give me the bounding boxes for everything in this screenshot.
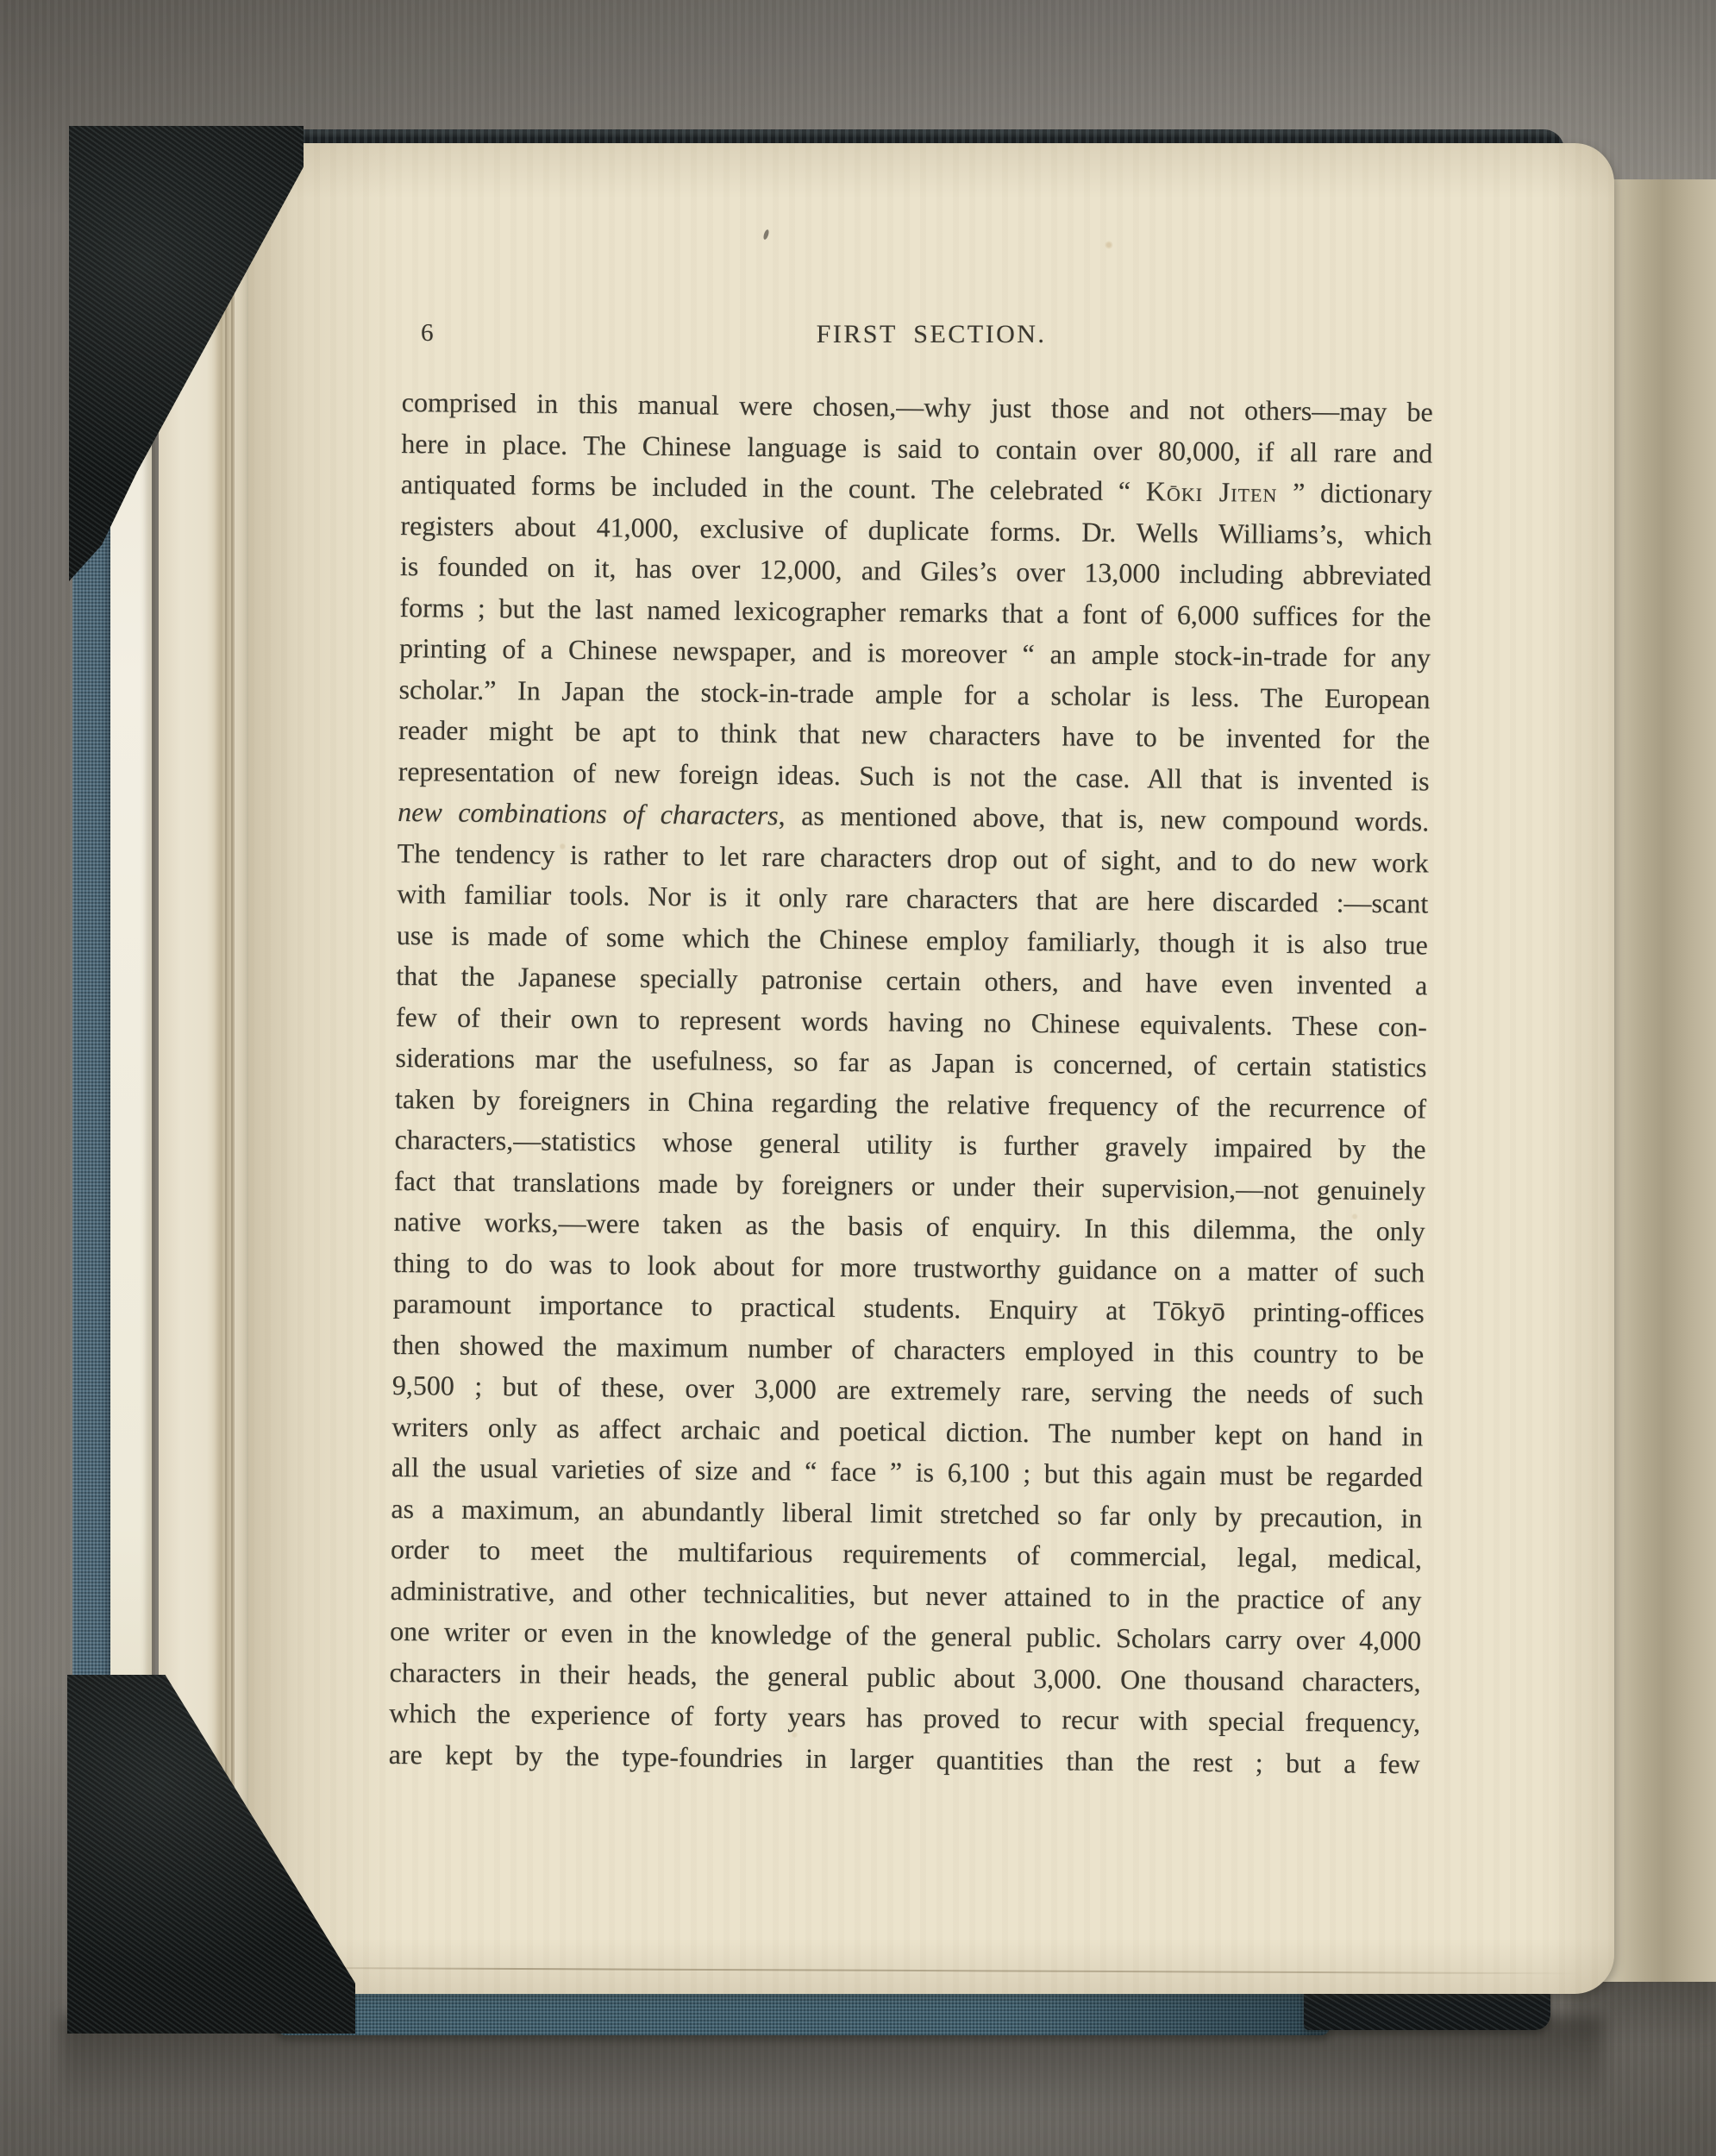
- page-header: 6 FIRST SECTION.: [248, 319, 1614, 357]
- ink-speck: [762, 229, 769, 241]
- body-text: comprised in this manual were chosen,—wh…: [388, 382, 1432, 1784]
- book-scan-photo: 6 FIRST SECTION. comprised in this manua…: [0, 0, 1716, 2156]
- book-page: 6 FIRST SECTION. comprised in this manua…: [248, 143, 1614, 1994]
- page-edge-stack-lines: [222, 229, 235, 2016]
- section-title: FIRST SECTION.: [248, 320, 1614, 349]
- page-bottom-crease: [248, 1967, 1580, 1975]
